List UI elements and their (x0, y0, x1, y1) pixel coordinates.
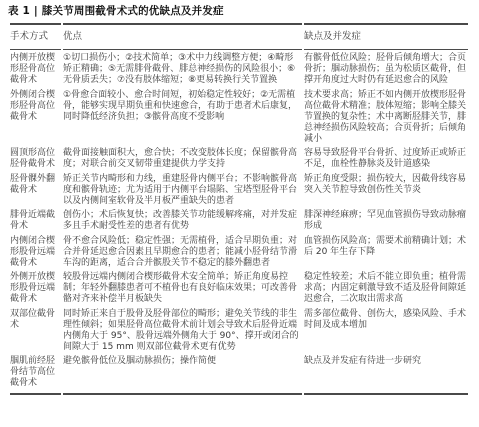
cell-method: 内侧开放楔形胫骨高位截骨术 (10, 50, 61, 88)
cell-method: 圆顶形高位胫骨截骨术 (10, 147, 61, 173)
cell-advantages: ①骨愈合面较小、愈合时间短，初始稳定性较好；②无需植骨，能够实现早期负重和快速愈… (63, 88, 302, 147)
cell-advantages: 同时矫正来自于股骨及胫骨部位的畸形；避免关节线的非生理性倾斜；如果胫骨高位截骨术… (63, 307, 302, 355)
cell-method: 胫骨髁外翻截骨术 (10, 172, 61, 209)
cell-disadvantages: 血管损伤风险高；需要术前精确计划；术后 20 年生存下降 (304, 234, 468, 271)
column-header-advantages: 优点 (63, 23, 302, 50)
cell-advantages: 较股骨远端内侧闭合楔形截骨术安全简单；矫正角度易控制；年轻外翻膝患者可不植骨也有… (63, 271, 302, 308)
cell-disadvantages: 有髌骨低位风险；胫骨后倾角增大；合页骨折；腘动脉损伤；虽为松质区截骨，但撑开角度… (304, 50, 468, 88)
cell-advantages: 矫正关节内畸形和力线，重建胫骨内侧平台；不影响髌骨高度和髌骨轨迹；尤为适用于内侧… (63, 172, 302, 209)
paper-table-figure: 表 1 | 膝关节周围截骨术式的优缺点及并发症 手术方式 优点 缺点及并发症 内… (0, 0, 479, 395)
table-row: 腘肌前经胫骨结节高位截骨术 避免髌骨低位及腘动脉损伤；操作简便 缺点及并发症有待… (10, 355, 468, 396)
cell-advantages: 骨不愈合风险低；稳定性强；无需植骨，适合早期负重；对合并骨延迟愈合因素且早期愈合… (63, 234, 302, 271)
column-header-disadvantages: 缺点及并发症 (304, 23, 468, 50)
header-row: 手术方式 优点 缺点及并发症 (10, 23, 468, 50)
table-row: 腓骨近端截骨术 创伤小；术后恢复快；改善膝关节功能缓解疼痛，对并发症多且手术耐受… (10, 209, 468, 235)
cell-advantages: 创伤小；术后恢复快；改善膝关节功能缓解疼痛，对并发症多且手术耐受性差的患者有优势 (63, 209, 302, 235)
cell-disadvantages: 需多部位截骨、创伤大，感染风险、手术时间及成本增加 (304, 307, 468, 355)
table-title: 表 1 | 膝关节周围截骨术式的优缺点及并发症 (8, 5, 470, 18)
table-row: 圆顶形高位胫骨截骨术 截骨面接触面积大，愈合快；不改变肢体长度；保留髌骨高度；对… (10, 147, 468, 173)
cell-method: 外侧闭合楔形胫骨高位截骨术 (10, 88, 61, 147)
cell-disadvantages: 技术要求高；矫正不如内侧开放楔形胫骨高位截骨术精准；肢体短缩；影响全膝关节置换的… (304, 88, 468, 147)
table-row: 双部位截骨术 同时矫正来自于股骨及胫骨部位的畸形；避免关节线的非生理性倾斜；如果… (10, 307, 468, 355)
cell-disadvantages: 稳定性较差；术后不能立即负重；植骨需求高；内固定刺激导致不适及胫骨间隙延迟愈合，… (304, 271, 468, 308)
column-header-method: 手术方式 (10, 23, 61, 50)
table-row: 内侧开放楔形胫骨高位截骨术 ①切口损伤小；②技术简单；③术中力线调整方便；④畸形… (10, 50, 468, 88)
cell-advantages: 避免髌骨低位及腘动脉损伤；操作简便 (63, 355, 302, 396)
cell-advantages: 截骨面接触面积大，愈合快；不改变肢体长度；保留髌骨高度；对联合前交叉韧带重建提供… (63, 147, 302, 173)
cell-method: 外侧开放楔形股骨远端截骨术 (10, 271, 61, 308)
table-row: 外侧开放楔形股骨远端截骨术 较股骨远端内侧闭合楔形截骨术安全简单；矫正角度易控制… (10, 271, 468, 308)
table-row: 外侧闭合楔形胫骨高位截骨术 ①骨愈合面较小、愈合时间短，初始稳定性较好；②无需植… (10, 88, 468, 147)
cell-disadvantages: 矫正角度受限；损伤较大，因截骨线容易突入关节腔导致创伤性关节炎 (304, 172, 468, 209)
cell-method: 腘肌前经胫骨结节高位截骨术 (10, 355, 61, 396)
cell-disadvantages: 腓深神经麻痹；罕见血管损伤导致动脉瘤形成 (304, 209, 468, 235)
cell-advantages: ①切口损伤小；②技术简单；③术中力线调整方便；④畸形矫正精确；⑤无需腓骨截骨、腓… (63, 50, 302, 88)
cell-disadvantages: 缺点及并发症有待进一步研究 (304, 355, 468, 396)
table-row: 内侧闭合楔形股骨远端截骨术 骨不愈合风险低；稳定性强；无需植骨，适合早期负重；对… (10, 234, 468, 271)
cell-method: 双部位截骨术 (10, 307, 61, 355)
cell-method: 腓骨近端截骨术 (10, 209, 61, 235)
cell-method: 内侧闭合楔形股骨远端截骨术 (10, 234, 61, 271)
cell-disadvantages: 容易导致胫骨平台骨折、过度矫正或矫正不足，血栓性静脉炎及针道感染 (304, 147, 468, 173)
osteotomy-comparison-table: 手术方式 优点 缺点及并发症 内侧开放楔形胫骨高位截骨术 ①切口损伤小；②技术简… (8, 23, 470, 395)
table-row: 胫骨髁外翻截骨术 矫正关节内畸形和力线，重建胫骨内侧平台；不影响髌骨高度和髌骨轨… (10, 172, 468, 209)
